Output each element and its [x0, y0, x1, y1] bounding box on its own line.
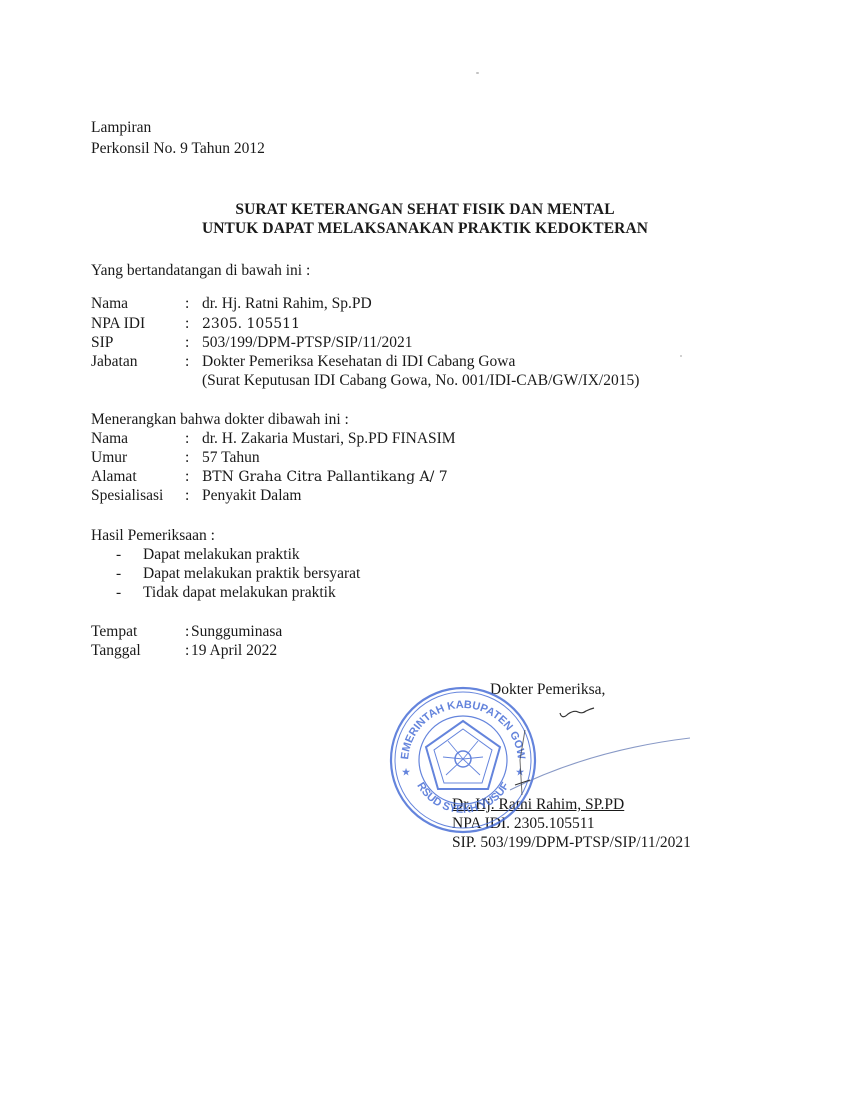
document-title-line-2: UNTUK DAPAT MELAKSANAKAN PRAKTIK KEDOKTE…	[0, 219, 850, 239]
field-label: Jabatan	[91, 353, 137, 371]
field-label: Nama	[91, 295, 128, 313]
svg-text:★: ★	[516, 767, 525, 777]
scan-speck	[680, 355, 682, 357]
field-separator: :	[185, 468, 189, 486]
field-separator: :	[185, 449, 189, 467]
bullet-dash: -	[116, 584, 121, 602]
field-label: SIP	[91, 334, 113, 352]
signer-name: Dr. Hj. Ratni Rahim, SP.PD	[452, 796, 624, 814]
result-option-text: Dapat melakukan praktik bersyarat	[143, 565, 360, 583]
document-title-line-1: SURAT KETERANGAN SEHAT FISIK DAN MENTAL	[0, 200, 850, 220]
bullet-dash: -	[116, 546, 121, 564]
declaration-text: Menerangkan bahwa dokter dibawah ini :	[91, 411, 349, 429]
field-label: Spesialisasi	[91, 487, 163, 505]
field-value: Sungguminasa	[191, 623, 282, 641]
field-value: dr. H. Zakaria Mustari, Sp.PD FINASIM	[202, 430, 456, 448]
field-label: Nama	[91, 430, 128, 448]
field-separator: :	[185, 430, 189, 448]
intro-text: Yang bertandatangan di bawah ini :	[91, 262, 310, 280]
field-separator: :	[185, 295, 189, 313]
field-label: Tanggal	[91, 642, 141, 660]
result-option-text: Dapat melakukan praktik	[143, 546, 300, 564]
bullet-dash: -	[116, 565, 121, 583]
svg-text:★: ★	[402, 767, 411, 777]
signer-npa: NPA IDI. 2305.105511	[452, 815, 595, 833]
attachment-label: Lampiran	[91, 119, 151, 137]
field-label: Alamat	[91, 468, 137, 486]
field-value: 19 April 2022	[191, 642, 277, 660]
signer-sip: SIP. 503/199/DPM-PTSP/SIP/11/2021	[452, 834, 691, 852]
field-separator: :	[185, 623, 189, 641]
field-value: 2305. 105511	[202, 315, 300, 333]
signatory-decree-note: (Surat Keputusan IDI Cabang Gowa, No. 00…	[202, 372, 639, 390]
field-separator: :	[185, 315, 189, 333]
scan-speck	[476, 72, 479, 74]
field-separator: :	[185, 642, 189, 660]
field-value: Penyakit Dalam	[202, 487, 301, 505]
field-value: BTN Graha Citra Pallantikang A/ 7	[202, 468, 448, 486]
field-label: Tempat	[91, 623, 137, 641]
results-heading: Hasil Pemeriksaan :	[91, 527, 215, 545]
field-separator: :	[185, 353, 189, 371]
field-label: Umur	[91, 449, 127, 467]
field-value: dr. Hj. Ratni Rahim, Sp.PD	[202, 295, 372, 313]
field-value: 503/199/DPM-PTSP/SIP/11/2021	[202, 334, 412, 352]
result-option-text: Tidak dapat melakukan praktik	[143, 584, 336, 602]
field-value: Dokter Pemeriksa Kesehatan di IDI Cabang…	[202, 353, 515, 371]
field-label: NPA IDI	[91, 315, 145, 333]
field-value: 57 Tahun	[202, 449, 260, 467]
regulation-reference: Perkonsil No. 9 Tahun 2012	[91, 140, 265, 158]
field-separator: :	[185, 334, 189, 352]
field-separator: :	[185, 487, 189, 505]
signature-role: Dokter Pemeriksa,	[490, 681, 605, 699]
